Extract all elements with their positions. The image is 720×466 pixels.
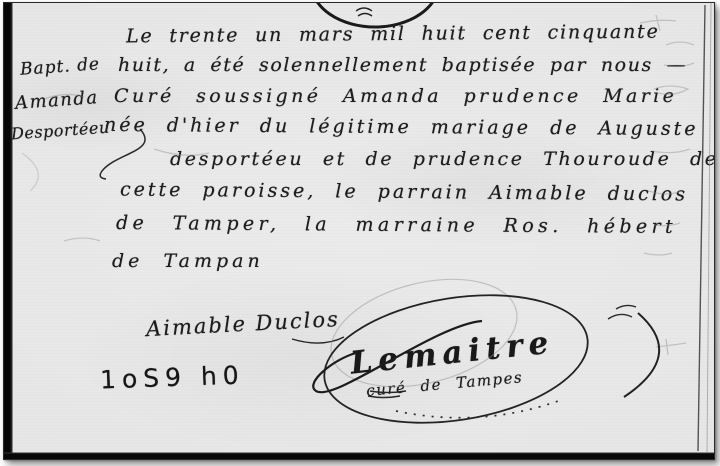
book-gutter-edge [4,3,13,459]
record-body-line4: née d'hier du légitime mariage de August… [104,114,699,140]
document-scan: Bapt. de Amanda Desportéeu Le trente un … [3,2,715,460]
scan-bottom-edge [4,452,714,459]
record-body-line7: de Tamper, la marraine Ros. hébert [116,212,677,238]
record-body-line1: Le trente un mars mil huit cent cinquant… [126,21,660,48]
godmother-crude-mark: 1oS9 h0 [100,360,246,394]
record-body-line2: huit, a été solennellement baptisée par … [118,54,687,76]
record-body-line8: de Tampan [112,250,264,272]
record-body-line3: Curé soussigné Amanda prudence Marie [114,85,677,107]
record-body-line5: desportéeu et de prudence Thouroude de [170,148,715,170]
screenshot-stage: Bapt. de Amanda Desportéeu Le trente un … [0,0,720,466]
